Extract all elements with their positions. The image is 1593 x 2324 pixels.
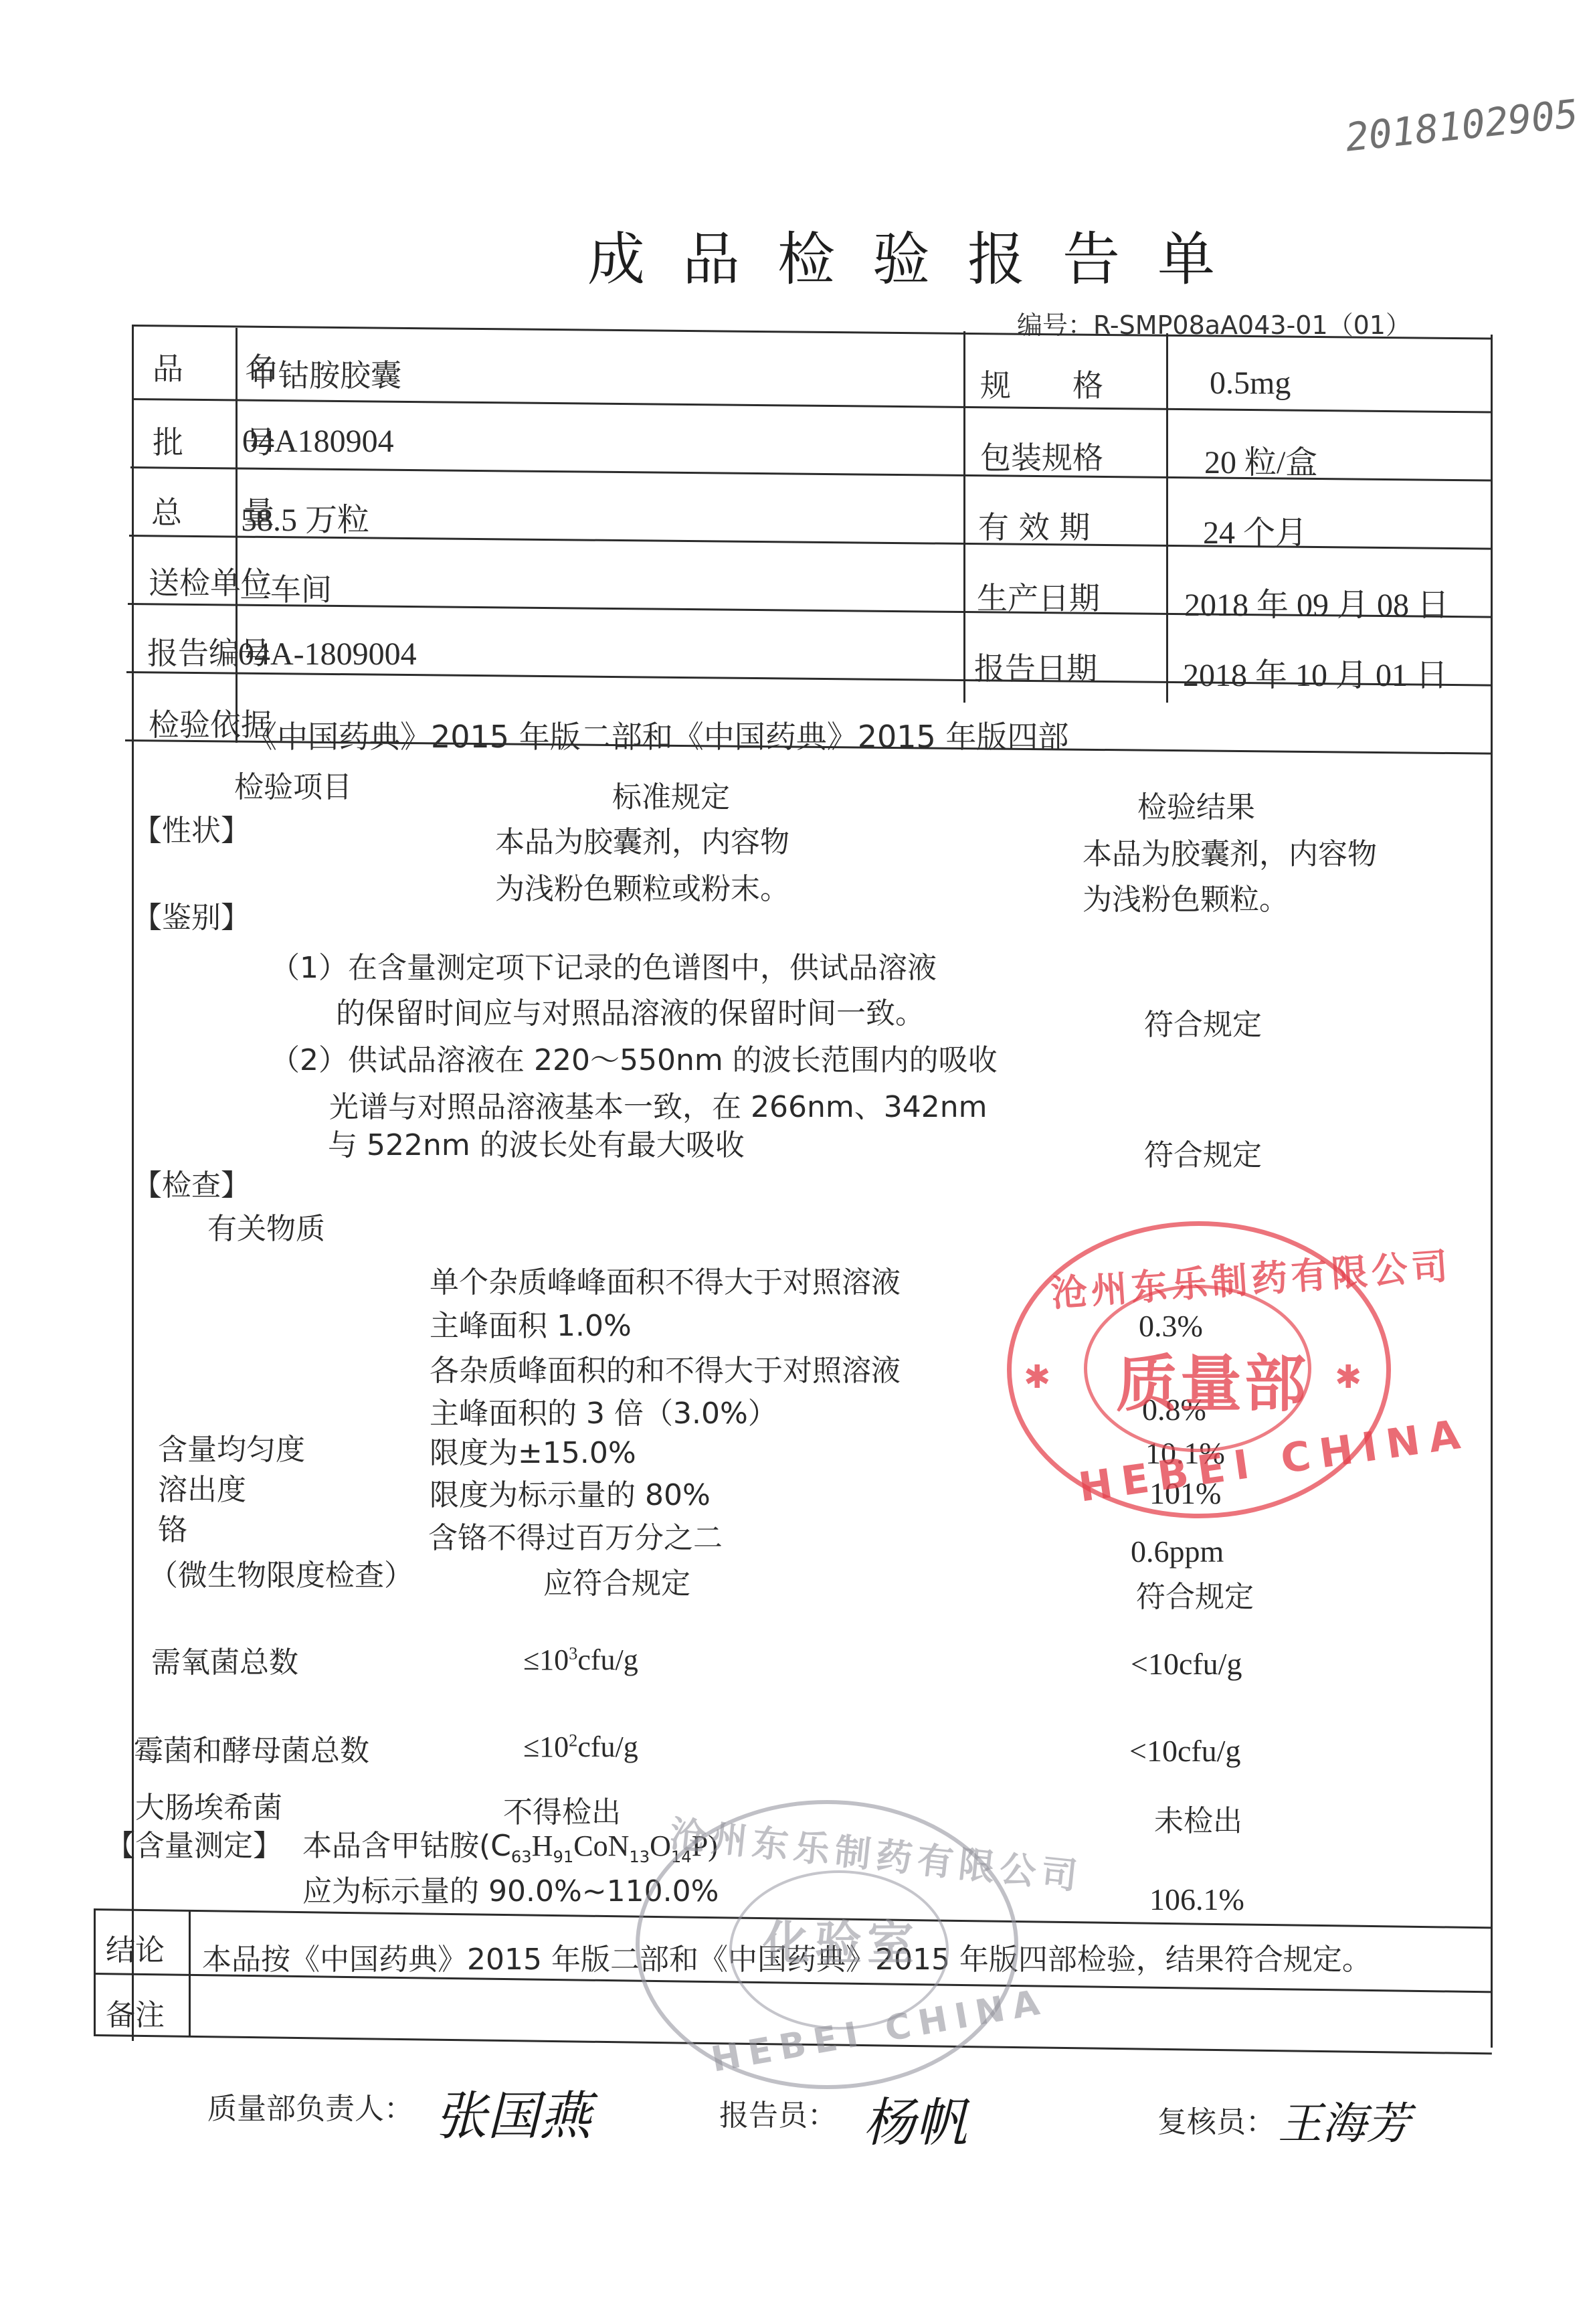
value-report-date: 2018 年 10 月 01 日 bbox=[1183, 649, 1448, 695]
appearance-result-line2: 为浅粉色颗粒。 bbox=[1083, 875, 1289, 918]
section-appearance: 【性状】 bbox=[132, 806, 250, 849]
chromium-standard: 含铬不得过百万分之二 bbox=[428, 1514, 723, 1556]
dissolution-label: 溶出度 bbox=[158, 1465, 246, 1508]
aerobic-std-exp: 3 bbox=[569, 1643, 577, 1663]
aerobic-std-prefix: ≤10 bbox=[523, 1643, 569, 1676]
mold-yeast-result: <10cfu/g bbox=[1129, 1733, 1240, 1769]
related-substances-std-line2: 主峰面积 1.0% bbox=[430, 1302, 632, 1344]
identification-1-result: 符合规定 bbox=[1144, 1000, 1262, 1043]
value-report-number: 04A-1809004 bbox=[238, 636, 417, 673]
conclusion-label: 结论 bbox=[106, 1926, 165, 1969]
chromium-result: 0.6ppm bbox=[1131, 1534, 1224, 1569]
related-substances-std-line4: 主峰面积的 3 倍（3.0%） bbox=[430, 1389, 777, 1432]
reporter-signature: 杨帆 bbox=[863, 2081, 967, 2156]
identification-1-line2: 的保留时间应与对照品溶液的保留时间一致。 bbox=[336, 989, 925, 1032]
aerobic-std-suffix: cfu/g bbox=[577, 1643, 638, 1676]
mold-yeast-label: 霉菌和酵母菌总数 bbox=[134, 1726, 369, 1769]
page-title: 成品检验报告单 bbox=[587, 213, 1252, 296]
related-substances-std-line3: 各杂质峰面积的和不得大于对照溶液 bbox=[430, 1346, 901, 1389]
col-header-item: 检验项目 bbox=[234, 763, 352, 806]
related-substances-label: 有关物质 bbox=[207, 1204, 325, 1247]
related-substances-std-line1: 单个杂质峰峰面积不得大于对照溶液 bbox=[430, 1258, 901, 1301]
assay-standard-line1: 本品含甲钴胺(C63H91CoN13O14P) bbox=[302, 1821, 718, 1866]
value-spec: 0.5mg bbox=[1210, 365, 1291, 401]
handwritten-serial: 2018102905 8 bbox=[1343, 86, 1593, 160]
value-validity: 24 个月 bbox=[1203, 507, 1307, 553]
mold-yeast-std-suffix: cfu/g bbox=[577, 1730, 638, 1763]
dissolution-standard: 限度为标示量的 80% bbox=[430, 1471, 711, 1514]
table-col-line bbox=[963, 331, 965, 703]
qa-head-label: 质量部负责人： bbox=[207, 2084, 413, 2127]
table-col-line bbox=[1166, 333, 1168, 703]
aerobic-standard: ≤103cfu/g bbox=[289, 1643, 404, 1677]
reporter-label: 报告员： bbox=[719, 2091, 837, 2134]
stamp-dept-name: 化验室 bbox=[763, 1906, 919, 1973]
mold-yeast-std-exp: 2 bbox=[569, 1730, 577, 1750]
appearance-standard-line1: 本品为胶囊剂，内容物 bbox=[495, 818, 789, 861]
microbial-label: （微生物限度检查） bbox=[149, 1551, 413, 1594]
qa-head-signature: 张国燕 bbox=[435, 2074, 591, 2149]
ecoli-label: 大肠埃希菌 bbox=[135, 1783, 282, 1826]
formula-c: 63 bbox=[511, 1848, 532, 1866]
identification-2-result: 符合规定 bbox=[1144, 1131, 1262, 1174]
ecoli-result: 未检出 bbox=[1154, 1797, 1242, 1840]
value-batch: 04A180904 bbox=[242, 423, 394, 460]
table-border-left-lower bbox=[94, 1908, 96, 2036]
value-submitter: 二车间 bbox=[240, 565, 332, 610]
star-icon: ✱ bbox=[1024, 1358, 1050, 1396]
reviewer-label: 复核员： bbox=[1157, 2098, 1275, 2141]
chromium-label: 铬 bbox=[158, 1506, 187, 1548]
section-assay: 【含量测定】 bbox=[106, 1821, 282, 1864]
value-production-date: 2018 年 09 月 08 日 bbox=[1184, 579, 1449, 625]
aerobic-result: <10cfu/g bbox=[1131, 1646, 1242, 1682]
label-validity: 有 效 期 bbox=[978, 503, 1090, 547]
section-identification: 【鉴别】 bbox=[132, 893, 250, 936]
col-header-standard: 标准规定 bbox=[612, 773, 730, 816]
formula-n: 13 bbox=[629, 1848, 650, 1866]
formula-h: 91 bbox=[553, 1848, 573, 1866]
reviewer-signature: 王海芳 bbox=[1278, 2088, 1410, 2151]
mold-yeast-standard: ≤102cfu/g bbox=[523, 1730, 638, 1764]
assay-result: 106.1% bbox=[1149, 1882, 1244, 1917]
value-basis: 《中国药典》2015 年版二部和《中国药典》2015 年版四部 bbox=[246, 713, 1068, 757]
table-col-line bbox=[236, 328, 238, 743]
identification-2-line1: （2）供试品溶液在 220～550nm 的波长范围内的吸收 bbox=[270, 1036, 998, 1079]
value-packaging: 20 粒/盒 bbox=[1204, 436, 1317, 482]
label-spec: 规 格 bbox=[980, 361, 1103, 406]
content-uniformity-standard: 限度为±15.0% bbox=[430, 1429, 636, 1471]
table-col-line bbox=[189, 1910, 191, 2036]
table-border-right bbox=[1491, 335, 1493, 2048]
col-header-result: 检验结果 bbox=[1137, 783, 1255, 826]
label-production-date: 生产日期 bbox=[977, 574, 1100, 618]
content-uniformity-label: 含量均匀度 bbox=[158, 1425, 305, 1468]
remarks-label: 备注 bbox=[106, 1991, 165, 2034]
aerobic-label: 需氧菌总数 bbox=[151, 1638, 298, 1681]
stamp-dept-name: 质量部 bbox=[1116, 1335, 1309, 1423]
label-report-date: 报告日期 bbox=[974, 644, 1097, 689]
mold-yeast-std-prefix: ≤10 bbox=[523, 1730, 569, 1763]
star-icon: ✱ bbox=[1335, 1358, 1362, 1396]
assay-std-prefix: 本品含甲钴胺(C bbox=[302, 1829, 511, 1863]
identification-2-line3: 与 522nm 的波长处有最大吸收 bbox=[328, 1121, 745, 1164]
identification-2-line2: 光谱与对照品溶液基本一致，在 266nm、342nm bbox=[329, 1083, 987, 1126]
value-product-name: 甲钴胺胶囊 bbox=[248, 351, 401, 395]
label-packaging: 包装规格 bbox=[980, 434, 1103, 478]
microbial-standard: 应符合规定 bbox=[543, 1559, 690, 1602]
appearance-standard-line2: 为浅粉色颗粒或粉末。 bbox=[495, 865, 789, 907]
microbial-result: 符合规定 bbox=[1136, 1573, 1254, 1615]
section-inspection: 【检查】 bbox=[132, 1161, 250, 1204]
appearance-result-line1: 本品为胶囊剂，内容物 bbox=[1083, 830, 1377, 873]
identification-1-line1: （1）在含量测定项下记录的色谱图中，供试品溶液 bbox=[270, 944, 937, 986]
value-quantity: 58.5 万粒 bbox=[241, 494, 369, 540]
